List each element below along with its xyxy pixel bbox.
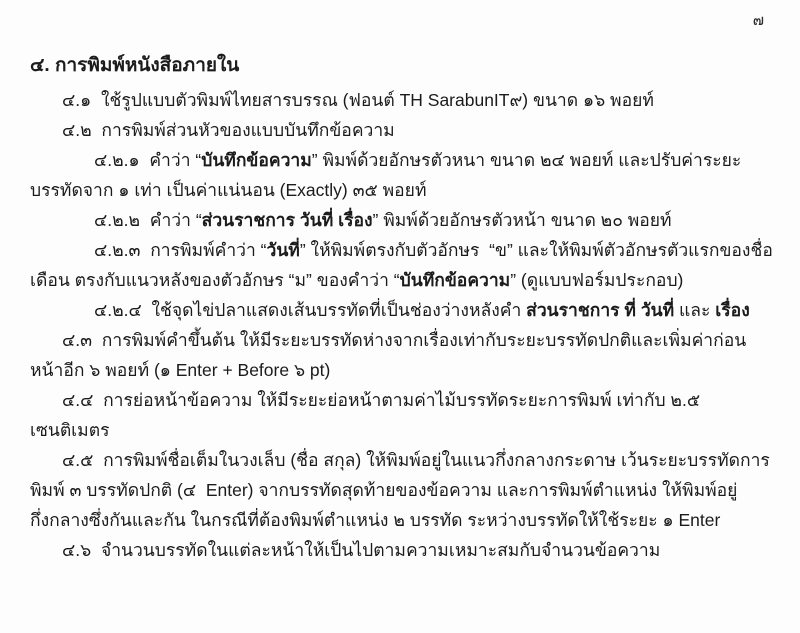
section-heading: ๔. การพิมพ์หนังสือภายใน: [30, 52, 772, 80]
bold-text-segment: วันที่: [267, 240, 300, 260]
paragraph: ๔.๒.๒ คำว่า “ส่วนราชการ วันที่ เรื่อง” พ…: [30, 205, 774, 235]
text-segment: ๔.๒.๔ ใช้จุดไข่ปลาแสดงเส้นบรรทัดที่เป็นช…: [94, 300, 526, 320]
bold-text-segment: บันทึกข้อความ: [400, 270, 511, 290]
paragraph: ๔.๒.๑ คำว่า “บันทึกข้อความ” พิมพ์ด้วยอัก…: [30, 145, 774, 205]
text-segment: ๔.๖ จำนวนบรรทัดในแต่ละหน้าให้เป็นไปตามคว…: [62, 540, 660, 560]
document-body: ๔.๑ ใช้รูปแบบตัวพิมพ์ไทยสารบรรณ (ฟอนต์ T…: [30, 85, 774, 565]
paragraph: ๔.๒ การพิมพ์ส่วนหัวของแบบบันทึกข้อความ: [30, 115, 774, 145]
text-segment: ” พิมพ์ด้วยอักษรตัวหน้า ขนาด ๒๐ พอยท์: [373, 210, 672, 230]
paragraph: ๔.๔ การย่อหน้าข้อความ ให้มีระยะย่อหน้าตา…: [30, 385, 774, 445]
text-segment: ๔.๒.๒ คำว่า “: [94, 210, 202, 230]
paragraph: ๔.๕ การพิมพ์ชื่อเต็มในวงเล็บ (ชื่อ สกุล)…: [30, 445, 774, 535]
text-segment: ๔.๓ การพิมพ์คำขึ้นต้น ให้มีระยะบรรทัดห่า…: [30, 330, 746, 380]
bold-text-segment: เรื่อง: [715, 300, 749, 320]
page-number: ๗: [753, 8, 764, 32]
bold-text-segment: ส่วนราชการ วันที่ เรื่อง: [202, 210, 373, 230]
text-segment: ๔.๒ การพิมพ์ส่วนหัวของแบบบันทึกข้อความ: [62, 120, 395, 140]
text-segment: ๔.๒.๑ คำว่า “: [94, 150, 201, 170]
bold-text-segment: บันทึกข้อความ: [201, 150, 312, 170]
text-segment: และ: [674, 300, 715, 320]
text-segment: ๔.๔ การย่อหน้าข้อความ ให้มีระยะย่อหน้าตา…: [30, 390, 705, 440]
paragraph: ๔.๑ ใช้รูปแบบตัวพิมพ์ไทยสารบรรณ (ฟอนต์ T…: [30, 85, 774, 115]
paragraph: ๔.๒.๓ การพิมพ์คำว่า “วันที่” ให้พิมพ์ตรง…: [30, 235, 774, 295]
paragraph: ๔.๒.๔ ใช้จุดไข่ปลาแสดงเส้นบรรทัดที่เป็นช…: [30, 295, 774, 325]
text-segment: ๔.๑ ใช้รูปแบบตัวพิมพ์ไทยสารบรรณ (ฟอนต์ T…: [62, 90, 654, 110]
paragraph: ๔.๓ การพิมพ์คำขึ้นต้น ให้มีระยะบรรทัดห่า…: [30, 325, 774, 385]
text-segment: ๔.๒.๓ การพิมพ์คำว่า “: [94, 240, 267, 260]
text-segment: ” (ดูแบบฟอร์มประกอบ): [510, 270, 683, 290]
bold-text-segment: ส่วนราชการ ที่ วันที่: [526, 300, 674, 320]
document-page: ๗ ๔. การพิมพ์หนังสือภายใน ๔.๑ ใช้รูปแบบต…: [0, 0, 800, 633]
text-segment: ๔.๕ การพิมพ์ชื่อเต็มในวงเล็บ (ชื่อ สกุล)…: [30, 450, 770, 530]
paragraph: ๔.๖ จำนวนบรรทัดในแต่ละหน้าให้เป็นไปตามคว…: [30, 535, 774, 565]
